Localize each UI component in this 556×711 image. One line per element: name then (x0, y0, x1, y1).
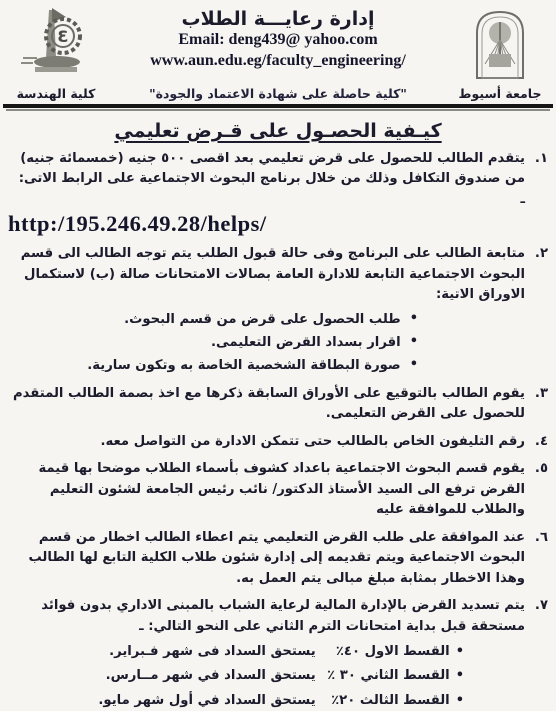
bullet-icon: • (456, 689, 464, 711)
email-line: Email: deng439@ yahoo.com (104, 30, 452, 51)
bullet-item: • اقرار بسداد القرض التعليمى. (6, 331, 418, 354)
assiut-university-logo-icon (467, 65, 533, 84)
header-divider (3, 104, 553, 108)
installment-due: يستحق السداد في أول شهر مايو. (6, 689, 316, 711)
required-papers-list: • طلب الحصول على قرض من قسم البحوث. • اق… (0, 306, 556, 377)
bullet-text: اقرار بسداد القرض التعليمى. (211, 331, 401, 354)
header-divider-shadow (6, 109, 550, 111)
engineering-faculty-logo-icon: Ɛ (19, 65, 93, 84)
list-item-2: ٢. متابعة الطالب على البرنامج وفى حالة ق… (0, 244, 556, 305)
bullet-icon: • (410, 331, 418, 354)
faculty-logo-block: Ɛ كلية الهندسة (8, 6, 104, 101)
item-text: يقوم قسم البحوث الاجتماعية باعداد كشوف ب… (10, 459, 525, 520)
bullet-icon: • (456, 640, 464, 664)
loan-program-url: http:/195.246.49.28/helps/ (0, 210, 556, 237)
item-number: ٧. (525, 596, 548, 637)
svg-text:Ɛ: Ɛ (57, 27, 68, 46)
installment-label: القسط الاول ٤٠٪ (322, 640, 450, 664)
list-item-6: ٦. عند الموافقة على طلب القرض التعليمي ي… (0, 528, 556, 589)
scanned-document-page: جامعة أسيوط إدارة رعايـــة الطلاب Email:… (0, 0, 556, 711)
bullet-icon: • (410, 354, 418, 377)
bullet-text: صورة البطاقة الشخصية الخاصة به وتكون سار… (87, 354, 400, 377)
installment-due: يستحق السداد في شهر مــارس. (6, 664, 316, 688)
bullet-icon: • (410, 308, 418, 331)
header-center: إدارة رعايـــة الطلاب Email: deng439@ ya… (104, 6, 452, 101)
installment-due: يستحق السداد فى شهر فـبراير. (6, 640, 316, 664)
website-line: www.aun.edu.eg/faculty_engineering/ (104, 51, 452, 72)
installment-row: • القسط الثاني ٣٠ ٪ يستحق السداد في شهر … (6, 664, 464, 688)
bullet-item: • طلب الحصول على قرض من قسم البحوث. (6, 308, 418, 331)
page-title: كيـفية الحصـول على قـرض تعليمي (114, 120, 441, 142)
list-item-7: ٧. يتم تسديد القرض بالإدارة المالية لرعا… (0, 596, 556, 637)
accreditation-note: "كلية حاصلة على شهادة الاعتماد والجودة" (104, 86, 452, 101)
item-text: يتقدم الطالب للحصول على قرض تعليمي بعد ا… (10, 149, 525, 210)
installments-list: • القسط الاول ٤٠٪ يستحق السداد فى شهر فـ… (0, 637, 556, 711)
item-number: ٦. (525, 528, 548, 589)
item-number: ٣. (525, 384, 548, 425)
bullet-item: • صورة البطاقة الشخصية الخاصة به وتكون س… (6, 354, 418, 377)
list-item-1: ١. يتقدم الطالب للحصول على قرض تعليمي بع… (0, 149, 556, 210)
item-number: ٢. (525, 244, 548, 305)
university-logo-block: جامعة أسيوط (452, 6, 548, 101)
installment-row: • القسط الثالث ٢٠٪ يستحق السداد في أول ش… (6, 689, 464, 711)
list-item-4: ٤. رقم التليفون الخاص بالطالب حتى تتمكن … (0, 432, 556, 452)
item-text: يتم تسديد القرض بالإدارة المالية لرعاية … (10, 596, 525, 637)
item-number: ١. (525, 149, 548, 210)
item-text: يقوم الطالب بالتوقيع على الأوراق السابقة… (10, 384, 525, 425)
installment-label: القسط الثاني ٣٠ ٪ (322, 664, 450, 688)
department-title: إدارة رعايـــة الطلاب (104, 8, 452, 30)
installment-row: • القسط الاول ٤٠٪ يستحق السداد فى شهر فـ… (6, 640, 464, 664)
bullet-text: طلب الحصول على قرض من قسم البحوث. (124, 308, 401, 331)
list-item-3: ٣. يقوم الطالب بالتوقيع على الأوراق السا… (0, 384, 556, 425)
document-header: جامعة أسيوط إدارة رعايـــة الطلاب Email:… (0, 0, 556, 101)
university-logo-caption: جامعة أسيوط (452, 86, 548, 101)
item-text: رقم التليفون الخاص بالطالب حتى تتمكن الا… (10, 432, 525, 452)
faculty-logo-caption: كلية الهندسة (8, 86, 104, 101)
installment-label: القسط الثالث ٢٠٪ (322, 689, 450, 711)
item-number: ٥. (525, 459, 548, 520)
item-text: عند الموافقة على طلب القرض التعليمي يتم … (10, 528, 525, 589)
bullet-icon: • (456, 664, 464, 688)
list-item-5: ٥. يقوم قسم البحوث الاجتماعية باعداد كشو… (0, 459, 556, 520)
item-number: ٤. (525, 432, 548, 452)
item-text: متابعة الطالب على البرنامج وفى حالة قبول… (10, 244, 525, 305)
